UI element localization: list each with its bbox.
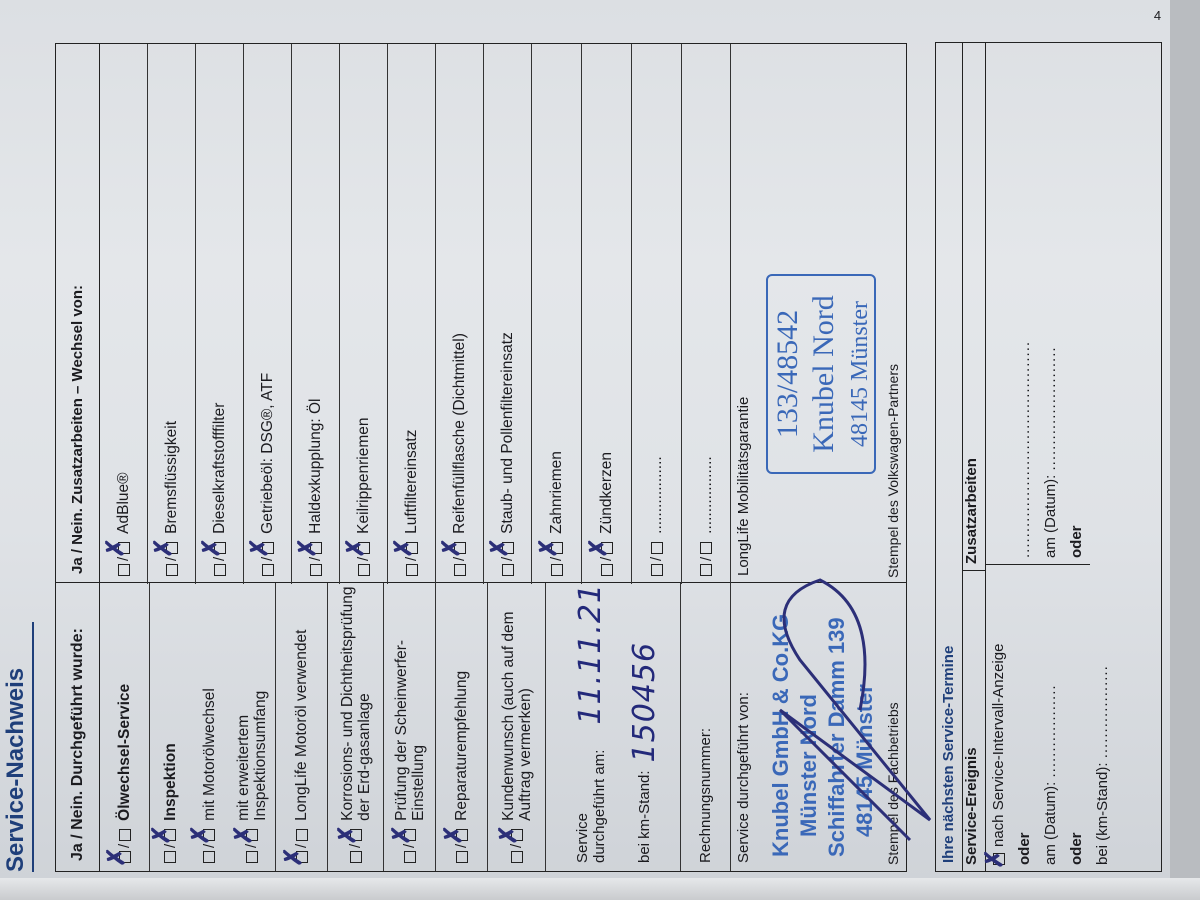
checklist-label: Luftfiltereinsatz xyxy=(403,430,420,534)
ja-checkbox[interactable] xyxy=(310,564,322,576)
partner-stamp-line: 48145 Münster xyxy=(842,276,878,472)
ja-nein-checkboxes: / xyxy=(211,542,228,576)
nein-checkbox[interactable] xyxy=(454,542,466,554)
nein-checkbox[interactable] xyxy=(511,829,523,841)
nein-checkbox[interactable] xyxy=(166,542,178,554)
ja-nein-checkboxes: / xyxy=(163,542,180,576)
checklist-label: Staub- und Pollenfiltereinsatz xyxy=(499,332,516,534)
checklist-label: mit erweitertem Inspektionsumfang xyxy=(235,583,269,821)
ja-nein-checkboxes: / xyxy=(116,829,133,863)
ja-nein-checkboxes: / xyxy=(453,829,470,863)
invoice-row: Rechnungsnummer: xyxy=(681,583,731,871)
ja-nein-checkboxes: / xyxy=(403,542,420,576)
nein-checkbox[interactable] xyxy=(119,829,131,841)
ja-nein-checkboxes: / xyxy=(499,542,516,576)
additional-work-table: Ja / Nein. Zusatzarbeiten – Wechsel von:… xyxy=(55,43,907,584)
checklist-row: /Luftfiltereinsatz xyxy=(388,44,436,584)
checklist-label: .................. xyxy=(698,456,715,534)
ja-checkbox[interactable] xyxy=(203,851,215,863)
checklist-row: /Prüfung der Scheinwerfer-Einstellung xyxy=(384,583,436,871)
ja-checkbox[interactable] xyxy=(700,564,712,576)
checklist-label: Reifenfüllflasche (Dichtmittel) xyxy=(451,333,468,534)
or-label: oder xyxy=(1012,575,1038,865)
ja-nein-checkboxes: / xyxy=(307,542,324,576)
service-date-value[interactable]: 11.11.21 xyxy=(582,583,599,725)
performed-services-table: Ja / Nein. Durchgeführt wurde: /Ölwechse… xyxy=(55,582,907,872)
checklist-label: mit Motorölwechsel xyxy=(201,688,218,821)
checklist-row: /Bremsflüssigkeit xyxy=(148,44,196,584)
checklist-row: /Haldexkupplung: Öl xyxy=(292,44,340,584)
page-title: Service-Nachweis xyxy=(2,622,34,872)
ja-nein-checkboxes: / xyxy=(451,542,468,576)
performed-by-label: Service durchgeführt von: xyxy=(735,692,752,863)
checklist-row: /Korrosions- und Dichtheitsprüfung der E… xyxy=(328,583,384,871)
dealer-stamp: Knubel GmbH & Co.KG Münster Nord Schiffa… xyxy=(767,614,879,857)
ja-checkbox[interactable] xyxy=(511,851,523,863)
additional-line[interactable]: ........................................… xyxy=(986,38,1038,558)
ja-nein-checkboxes: / xyxy=(508,829,525,863)
ja-checkbox[interactable] xyxy=(651,564,663,576)
checklist-label: Ölwechsel-Service xyxy=(116,684,133,821)
nein-checkbox[interactable] xyxy=(601,542,613,554)
interval-checkbox[interactable] xyxy=(993,853,1005,865)
partner-stamp-line: Knubel Nord xyxy=(806,276,842,472)
ja-nein-checkboxes: / xyxy=(201,829,218,863)
ja-nein-checkboxes: / xyxy=(259,542,276,576)
ja-nein-checkboxes: / xyxy=(162,829,179,863)
nein-checkbox[interactable] xyxy=(310,542,322,554)
ja-checkbox[interactable] xyxy=(454,564,466,576)
checklist-row: /mit erweitertem Inspektionsumfang xyxy=(228,583,276,871)
page-edge xyxy=(0,878,1200,900)
checklist-row: /Zahnriemen xyxy=(532,44,582,584)
ja-checkbox[interactable] xyxy=(214,564,226,576)
ja-checkbox[interactable] xyxy=(502,564,514,576)
checklist-label: Reparaturempfehlung xyxy=(453,671,470,821)
checklist-label: Haldexkupplung: Öl xyxy=(307,399,324,534)
additional-work-header: Zusatzarbeiten xyxy=(962,43,986,571)
ja-checkbox[interactable] xyxy=(551,564,563,576)
ja-nein-checkboxes: / xyxy=(243,829,260,863)
dealer-stamp-line: Knubel GmbH & Co.KG xyxy=(767,614,795,857)
performed-by-row: Service durchgeführt von: Knubel GmbH & … xyxy=(731,583,906,871)
checklist-row: /Reparaturempfehlung xyxy=(436,583,488,871)
next-date-field[interactable]: .................. xyxy=(1042,684,1059,777)
checklist-row: /.................. xyxy=(682,44,731,584)
checklist-row: /Staub- und Pollenfiltereinsatz xyxy=(484,44,532,584)
service-date-label: Service durchgeführt am: xyxy=(574,733,608,863)
checklist-label: AdBlue® xyxy=(115,472,132,533)
checklist-row: /Getriebeöl: DSG®, ATF xyxy=(244,44,292,584)
nein-checkbox[interactable] xyxy=(358,542,370,554)
nein-checkbox[interactable] xyxy=(203,829,215,841)
ja-checkbox[interactable] xyxy=(296,851,308,863)
km-label: bei km-Stand: xyxy=(636,770,653,863)
checklist-row: /Ölwechsel-Service xyxy=(100,583,150,871)
ja-nein-checkboxes: / xyxy=(698,542,715,576)
service-record-page: Service-Nachweis Ja / Nein. Durchgeführt… xyxy=(0,0,1170,880)
ja-checkbox[interactable] xyxy=(262,564,274,576)
checklist-row: /Keilrippenriemen xyxy=(340,44,388,584)
ja-nein-checkboxes: / xyxy=(115,542,132,576)
ja-checkbox[interactable] xyxy=(118,564,130,576)
ja-checkbox[interactable] xyxy=(246,851,258,863)
partner-stamp-line: 133/48542 xyxy=(770,276,806,472)
interval-option-label: nach Service-Intervall-Anzeige xyxy=(986,644,1012,847)
service-event-column: nach Service-Intervall-Anzeige oder am (… xyxy=(986,575,1116,871)
checklist-row: /Reifenfüllflasche (Dichtmittel) xyxy=(436,44,484,584)
checklist-label: Getriebeöl: DSG®, ATF xyxy=(259,373,276,534)
checklist-row: /Inspektion xyxy=(150,583,190,871)
dealer-stamp-line: Münster Nord xyxy=(795,614,823,857)
nein-checkbox[interactable] xyxy=(404,829,416,841)
nein-checkbox[interactable] xyxy=(164,829,176,841)
dealer-stamp-line: Schiffahrter Damm 139 xyxy=(823,614,851,857)
ja-checkbox[interactable] xyxy=(164,851,176,863)
ja-checkbox[interactable] xyxy=(406,564,418,576)
invoice-label: Rechnungsnummer: xyxy=(697,728,714,863)
nein-checkbox[interactable] xyxy=(406,542,418,554)
ja-nein-checkboxes: / xyxy=(598,542,615,576)
checklist-row: /Zündkerzen xyxy=(582,44,632,584)
checklist-label: .................. xyxy=(648,456,665,534)
next-date-field-2[interactable]: ........................ xyxy=(1042,346,1059,470)
dealer-stamp-caption: Stempel des Fachbetriebs xyxy=(885,702,902,865)
separator: / xyxy=(698,557,715,561)
checklist-label: Prüfung der Scheinwerfer-Einstellung xyxy=(393,583,427,821)
ja-nein-checkboxes: / xyxy=(401,829,418,863)
additional-work-column: ........................................… xyxy=(986,38,1090,565)
checklist-label: Inspektion xyxy=(162,743,179,821)
ja-checkbox[interactable] xyxy=(456,851,468,863)
checklist-label: LongLife Motoröl verwendet xyxy=(293,630,310,821)
ja-checkbox[interactable] xyxy=(601,564,613,576)
service-event-header: Service-Ereignis xyxy=(962,571,986,871)
additional-header-text: Ja / Nein. Zusatzarbeiten – Wechsel von: xyxy=(69,285,86,574)
checklist-label: Zündkerzen xyxy=(598,452,615,534)
nein-checkbox[interactable] xyxy=(651,542,663,554)
nein-checkbox[interactable] xyxy=(350,829,362,841)
ja-nein-checkboxes: / xyxy=(347,829,364,863)
partner-stamp-caption: Stempel des Volkswagen-Partners xyxy=(885,364,902,578)
ja-nein-checkboxes: / xyxy=(648,542,665,576)
or-label: oder xyxy=(1064,38,1090,558)
nein-checkbox[interactable] xyxy=(456,829,468,841)
km-value[interactable]: 150456 xyxy=(636,642,653,763)
ja-checkbox[interactable] xyxy=(119,851,131,863)
ja-nein-checkboxes: / xyxy=(293,829,310,863)
nein-checkbox[interactable] xyxy=(118,542,130,554)
mobility-guarantee-row: LongLife Mobilitätsgarantie 133/48542 Kn… xyxy=(731,44,906,584)
or-label: oder xyxy=(1064,575,1090,865)
next-date-label-2: am (Datum): xyxy=(1042,475,1059,558)
checklist-row: /AdBlue® xyxy=(100,44,148,584)
checklist-row: /Dieselkraftstofffilter xyxy=(196,44,244,584)
checklist-label: Kundenwunsch (auch auf dem Auftrag verme… xyxy=(500,583,534,821)
partner-stamp: 133/48542 Knubel Nord 48145 Münster xyxy=(766,274,876,474)
ja-checkbox[interactable] xyxy=(358,564,370,576)
checklist-label: Zahnriemen xyxy=(548,451,565,534)
next-service-title: Ihre nächsten Service-Termine xyxy=(940,646,957,863)
additional-header: Ja / Nein. Zusatzarbeiten – Wechsel von: xyxy=(56,44,100,584)
checklist-row: /mit Motorölwechsel xyxy=(190,583,228,871)
checklist-label: Korrosions- und Dichtheitsprüfung der Er… xyxy=(339,583,373,821)
dealer-stamp-line: 48145 Münster xyxy=(851,614,879,857)
separator: / xyxy=(648,557,665,561)
nein-checkbox[interactable] xyxy=(296,829,308,841)
checklist-row: /LongLife Motoröl verwendet xyxy=(276,583,328,871)
checklist-row: /.................. xyxy=(632,44,682,584)
mobility-label: LongLife Mobilitätsgarantie xyxy=(735,397,752,576)
checklist-label: Keilrippenriemen xyxy=(355,418,372,534)
next-km-field[interactable]: .................. xyxy=(1094,665,1111,758)
ja-nein-checkboxes: / xyxy=(355,542,372,576)
nein-checkbox[interactable] xyxy=(262,542,274,554)
checklist-label: Dieselkraftstofffilter xyxy=(211,403,228,534)
page-number: 4 xyxy=(1154,8,1161,23)
service-date-km-row: Service durchgeführt am: 11.11.21 bei km… xyxy=(546,583,681,871)
checklist-row: /Kundenwunsch (auch auf dem Auftrag verm… xyxy=(488,583,546,871)
next-km-label: bei (km-Stand): xyxy=(1094,762,1111,865)
ja-nein-checkboxes: / xyxy=(548,542,565,576)
performed-header: Ja / Nein. Durchgeführt wurde: xyxy=(56,583,100,871)
nein-checkbox[interactable] xyxy=(551,542,563,554)
next-date-label: am (Datum): xyxy=(1042,782,1059,865)
ja-checkbox[interactable] xyxy=(404,851,416,863)
nein-checkbox[interactable] xyxy=(502,542,514,554)
ja-checkbox[interactable] xyxy=(166,564,178,576)
next-service-section: Ihre nächsten Service-Termine Service-Er… xyxy=(935,42,1162,872)
nein-checkbox[interactable] xyxy=(214,542,226,554)
ja-checkbox[interactable] xyxy=(350,851,362,863)
nein-checkbox[interactable] xyxy=(700,542,712,554)
checklist-label: Bremsflüssigkeit xyxy=(163,421,180,534)
nein-checkbox[interactable] xyxy=(246,829,258,841)
